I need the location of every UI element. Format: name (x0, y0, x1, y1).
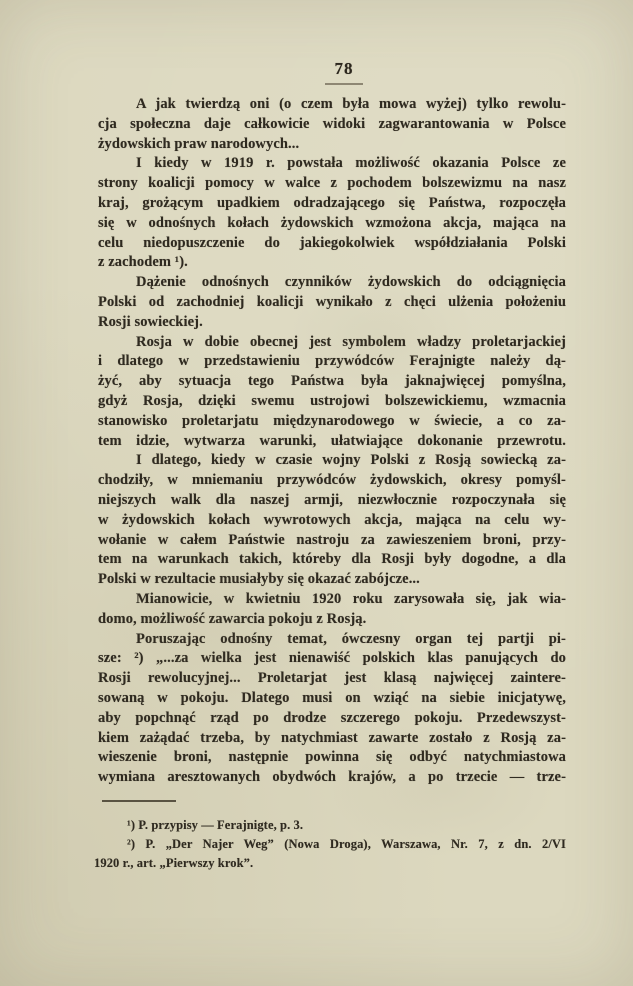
text-line: się w odnośnych kołach żydowskich wzmożo… (98, 214, 566, 234)
text-line: A jak twierdzą oni (o czem była mowa wyż… (98, 95, 566, 115)
text-line: domo, możliwość zawarcia pokoju z Rosją. (98, 610, 566, 630)
text-line: ¹) P. przypisy — Ferajnigte, p. 3. (94, 816, 566, 835)
text-line: Rosji sowieckiej. (98, 313, 566, 333)
text-line: Polski od zachodniej koalicji wynikało z… (98, 293, 566, 313)
text-line: i dlatego w przedstawieniu przywódców Fe… (98, 352, 566, 372)
text-line: strony koalicji pomocy w walce z pochode… (98, 174, 566, 194)
text-line: Mianowicie, w kwietniu 1920 roku zarysow… (98, 590, 566, 610)
text-line: sze: ²) „...za wielka jest nienawiść pol… (98, 649, 566, 669)
text-line: Poruszając odnośny temat, ówczesny organ… (98, 630, 566, 650)
paragraphs: I kiedy w 1919 r. powstała możliwość oka… (98, 154, 566, 273)
text-line: wołanie w całem Państwie nastroju za zaw… (98, 531, 566, 551)
text-line: gdyż Rosja, dzięki swemu ustrojowi bolsz… (98, 392, 566, 412)
paragraphs: A jak twierdzą oni (o czem była mowa wyż… (98, 95, 566, 154)
text-line: niejszych walk dla naszej armji, niezwło… (98, 491, 566, 511)
text-line: wymiana aresztowanych obydwóch krajów, a… (98, 768, 566, 788)
paragraphs: Rosja w dobie obecnej jest symbolem wład… (98, 333, 566, 452)
text-line: żydowskich praw narodowych... (98, 135, 566, 155)
page-number: 78 (322, 59, 366, 79)
text-line: I dlatego, kiedy w czasie wojny Polski z… (98, 451, 566, 471)
paragraphs: I dlatego, kiedy w czasie wojny Polski z… (98, 451, 566, 590)
text-line: tem na warunkach takich, któreby dla Ros… (98, 550, 566, 570)
text-line: ²) P. „Der Najer Weg” (Nowa Droga), Wars… (94, 835, 566, 854)
text-line: z zachodem ¹). (98, 253, 566, 273)
paragraphs: Mianowicie, w kwietniu 1920 roku zarysow… (98, 590, 566, 630)
text-line: Rosja w dobie obecnej jest symbolem wład… (98, 333, 566, 353)
text-line: sowaną w pokoju. Dlatego musi on wziąć n… (98, 689, 566, 709)
text-line: wieszenie broni, następnie powinna się o… (98, 748, 566, 768)
paragraphs: Poruszając odnośny temat, ówczesny organ… (98, 630, 566, 788)
text-line: Dążenie odnośnych czynników żydowskich d… (98, 273, 566, 293)
text-line: cja społeczna daje całkowicie widoki zag… (98, 115, 566, 135)
text-line: w żydowskich kołach wywrotowych akcja, m… (98, 511, 566, 531)
text-line: stanowisko proletarjatu międzynarodowego… (98, 412, 566, 432)
book-page: 78 A jak twierdzą oni (o czem była mowa … (0, 0, 633, 986)
text-line: celu niedopuszczenie do jakiegokolwiek w… (98, 234, 566, 254)
text-line: I kiedy w 1919 r. powstała możliwość oka… (98, 154, 566, 174)
body-text: A jak twierdzą oni (o czem była mowa wyż… (98, 95, 566, 788)
text-line: Polski w rezultacie musiałyby się okazać… (98, 570, 566, 590)
text-line: 1920 r., art. „Pierwszy krok”. (94, 854, 566, 873)
footnote-separator-rule (102, 800, 176, 802)
footnotes-section: ¹) P. przypisy — Ferajnigte, p. 3.²) P. … (94, 800, 566, 873)
page-number-underline (325, 83, 363, 85)
text-line: kraj, grożącym upadkiem odradzającego si… (98, 194, 566, 214)
text-line: Rosji rewolucyjnej... Proletarjat jest k… (98, 669, 566, 689)
paragraphs: Dążenie odnośnych czynników żydowskich d… (98, 273, 566, 332)
footnotes: ²) P. „Der Najer Weg” (Nowa Droga), Wars… (94, 835, 566, 873)
footnotes: ¹) P. przypisy — Ferajnigte, p. 3. (94, 816, 566, 835)
text-line: tem idzie, wytwarza warunki, ułatwiające… (98, 432, 566, 452)
text-line: chodziły, w mniemaniu przywódców żydowsk… (98, 471, 566, 491)
footnote-list: ¹) P. przypisy — Ferajnigte, p. 3.²) P. … (94, 816, 566, 873)
text-line: kiem zażądać trzeba, by natychmiast zawa… (98, 729, 566, 749)
text-line: aby popchnąć rząd po drodze szczerego po… (98, 709, 566, 729)
text-line: żyć, aby sytuacja tego Państwa była jakn… (98, 372, 566, 392)
